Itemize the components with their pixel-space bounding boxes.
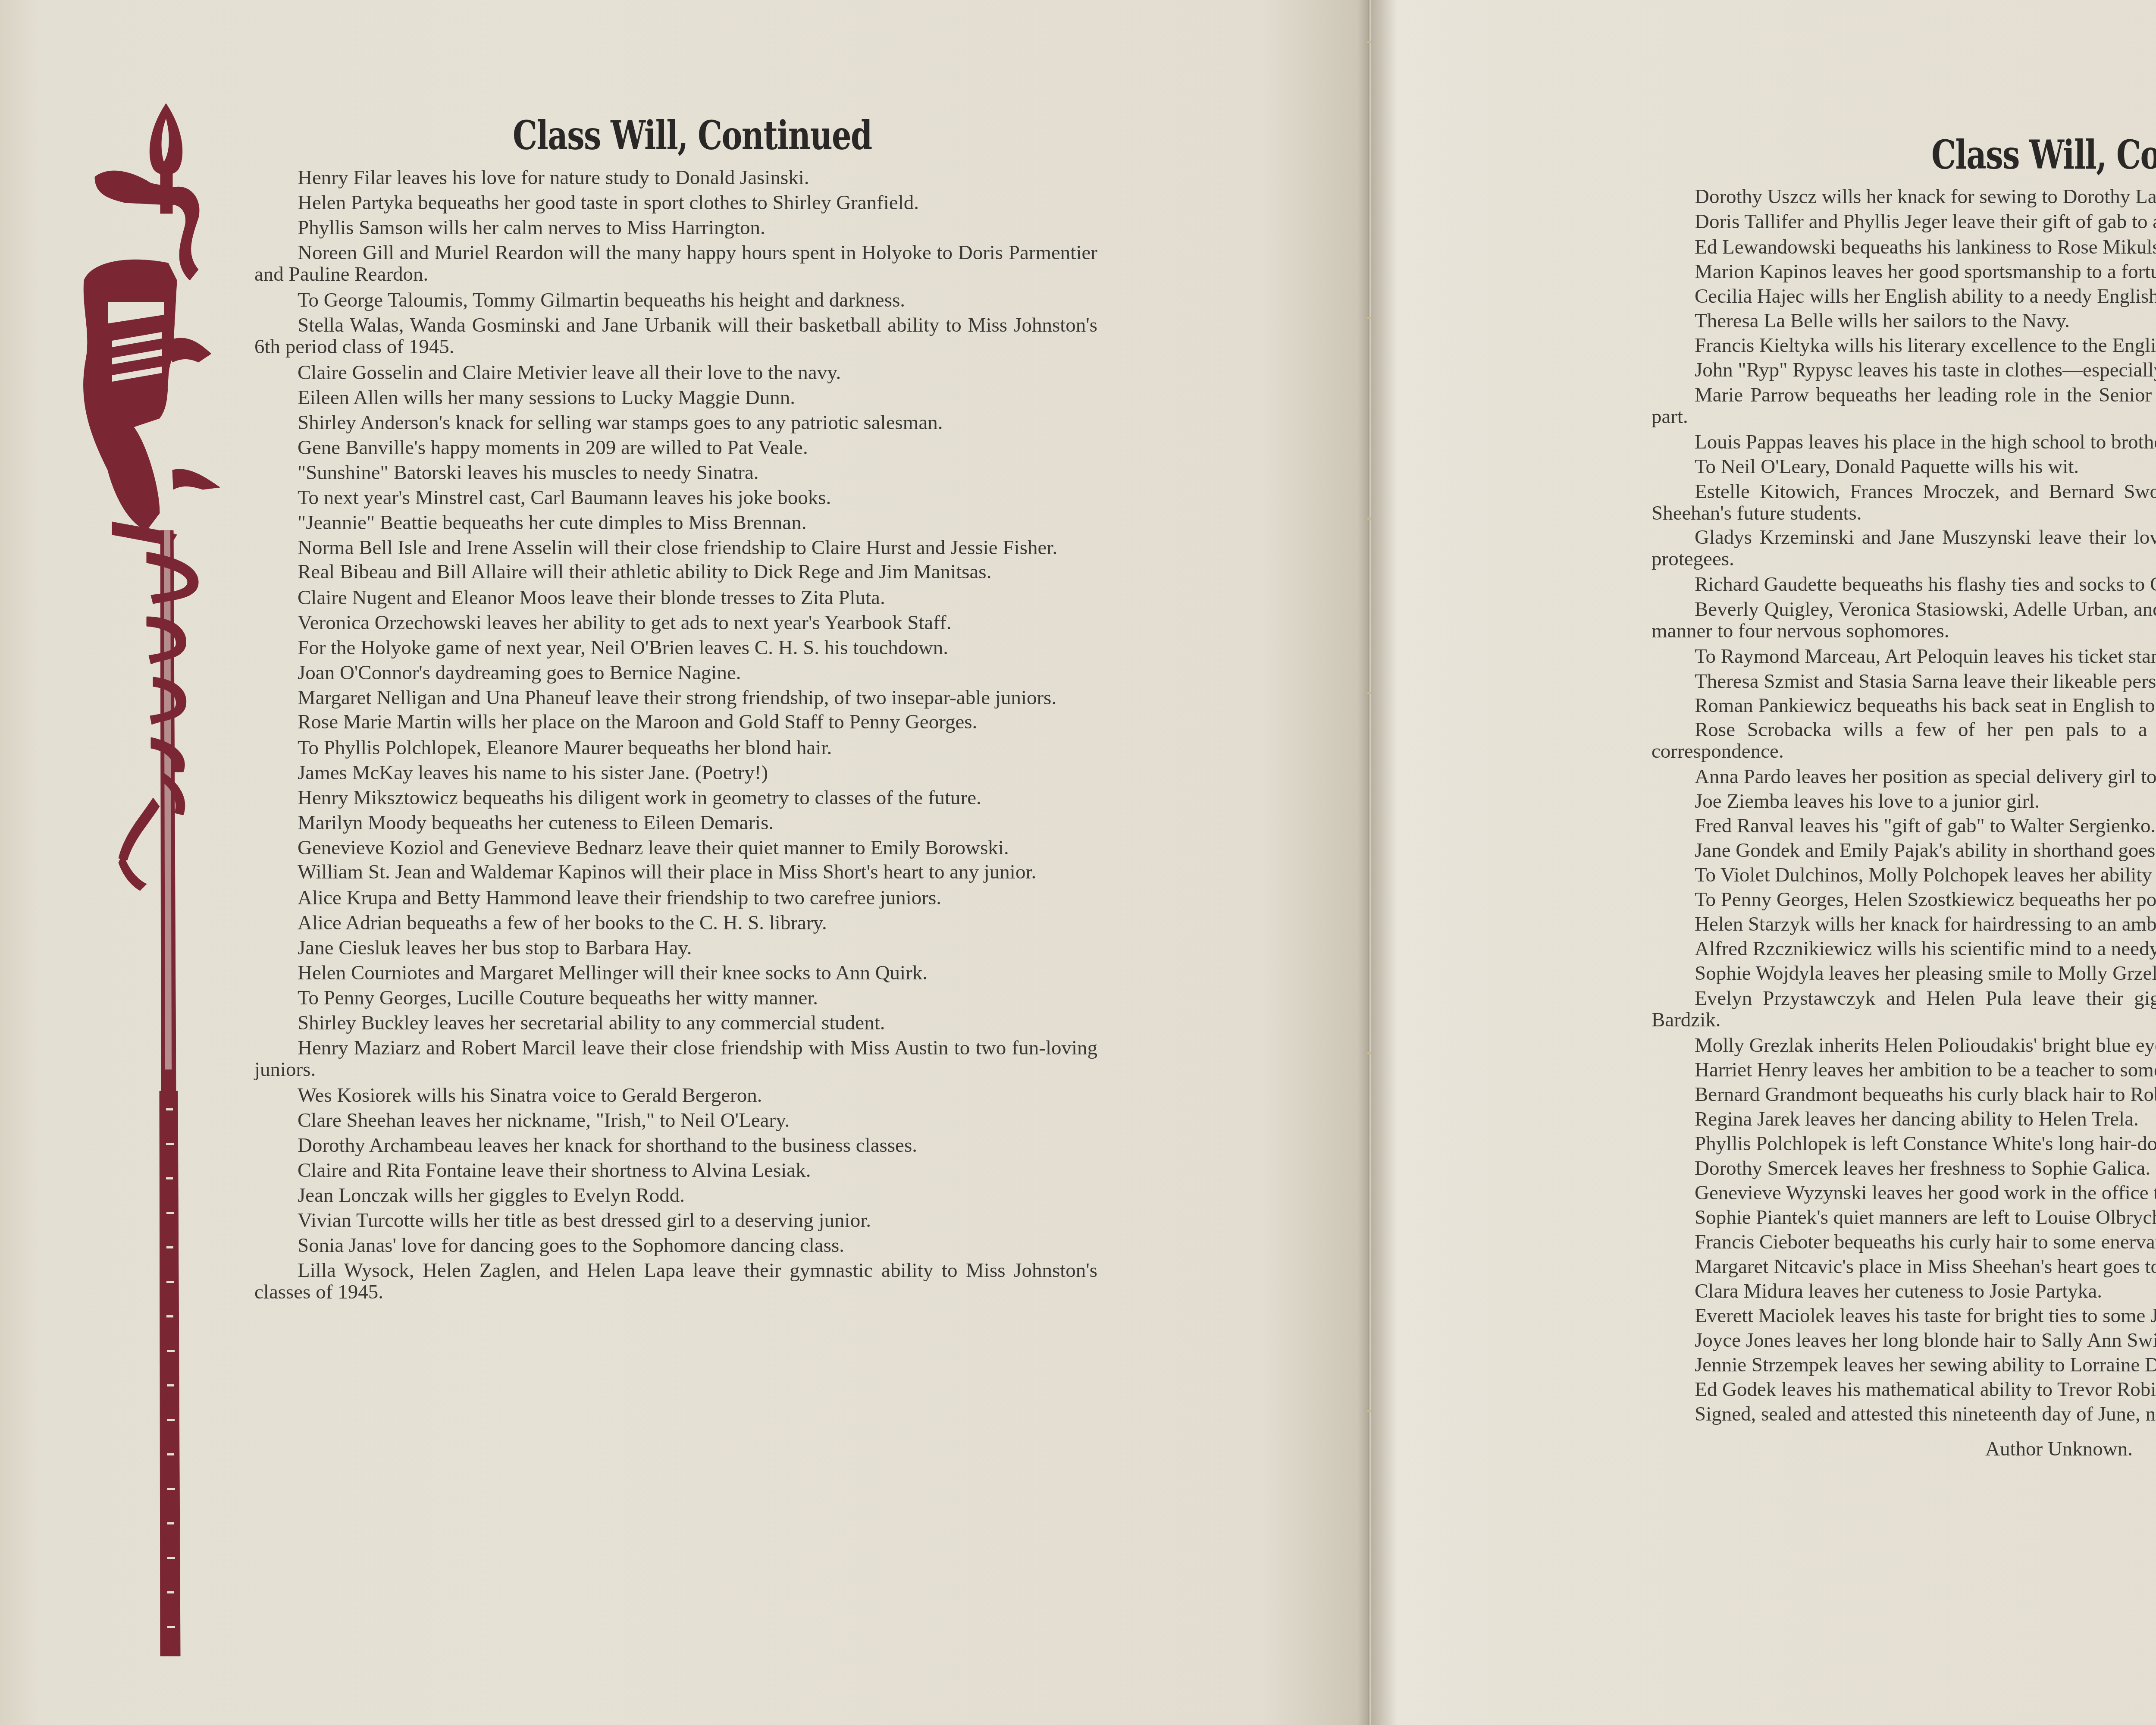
page-title-left: Class Will, Continued bbox=[513, 112, 815, 159]
will-entry: Rose Marie Martin wills her place on the… bbox=[254, 711, 1097, 733]
will-entry: Jane Gondek and Emily Pajak's ability in… bbox=[1651, 838, 2156, 863]
will-entry: Veronica Orzechowski leaves her ability … bbox=[254, 610, 1097, 635]
will-entry: Everett Maciolek leaves his taste for br… bbox=[1651, 1304, 2156, 1328]
will-entry: Anna Pardo leaves her position as specia… bbox=[1651, 765, 2156, 789]
will-entry: Marion Kapinos leaves her good sportsman… bbox=[1651, 260, 2156, 284]
will-entry: For the Holyoke game of next year, Neil … bbox=[254, 635, 1097, 660]
will-entry: "Jeannie" Beattie bequeaths her cute dim… bbox=[254, 510, 1097, 535]
will-entry: Clare Sheehan leaves her nickname, "Iris… bbox=[254, 1108, 1097, 1133]
will-entry: Harriet Henry leaves her ambition to be … bbox=[1651, 1058, 2156, 1082]
page-title-right: Class Will, Continued bbox=[1931, 132, 2156, 178]
will-entry: Stella Walas, Wanda Gosminski and Jane U… bbox=[254, 314, 1097, 358]
will-entry: Marilyn Moody bequeaths her cuteness to … bbox=[254, 810, 1097, 835]
will-entry: Jane Ciesluk leaves her bus stop to Barb… bbox=[254, 935, 1097, 960]
will-entry: Sonia Janas' love for dancing goes to th… bbox=[254, 1233, 1097, 1258]
will-entry: Eileen Allen wills her many sessions to … bbox=[254, 385, 1097, 410]
will-entry: Phyllis Polchlopek is left Constance Whi… bbox=[1651, 1132, 2156, 1156]
will-entry: Helen Partyka bequeaths her good taste i… bbox=[254, 190, 1097, 215]
will-entry: Phyllis Samson wills her calm nerves to … bbox=[254, 215, 1097, 240]
will-entry: Cecilia Hajec wills her English ability … bbox=[1651, 284, 2156, 309]
will-entry: Clara Midura leaves her cuteness to Josi… bbox=[1651, 1279, 2156, 1304]
will-entry: Rose Scrobacka wills a few of her pen pa… bbox=[1651, 719, 2156, 762]
will-entry: Alice Adrian bequeaths a few of her book… bbox=[254, 910, 1097, 935]
will-entry: Dorothy Uszcz wills her knack for sewing… bbox=[1651, 185, 2156, 209]
will-entry: To Phyllis Polchlopek, Eleanore Maurer b… bbox=[254, 735, 1097, 760]
will-entry: Joe Ziemba leaves his love to a junior g… bbox=[1651, 789, 2156, 814]
will-entry: Joan O'Connor's daydreaming goes to Bern… bbox=[254, 660, 1097, 685]
will-entry: Marie Parrow bequeaths her leading role … bbox=[1651, 384, 2156, 427]
will-entry: Beverly Quigley, Veronica Stasiowski, Ad… bbox=[1651, 599, 2156, 642]
will-entry: Gladys Krzeminski and Jane Muszynski lea… bbox=[1651, 527, 2156, 570]
will-entry: Real Bibeau and Bill Allaire will their … bbox=[254, 561, 1097, 583]
will-entry: Theresa La Belle wills her sailors to th… bbox=[1651, 309, 2156, 333]
will-entry: Claire and Rita Fontaine leave their sho… bbox=[254, 1158, 1097, 1183]
will-entry: Wes Kosiorek wills his Sinatra voice to … bbox=[254, 1083, 1097, 1108]
will-entry: James McKay leaves his name to his siste… bbox=[254, 760, 1097, 785]
will-entry: Ed Lewandowski bequeaths his lankiness t… bbox=[1651, 235, 2156, 260]
will-entry: Roman Pankiewicz bequeaths his back seat… bbox=[1651, 695, 2156, 716]
will-entry: William St. Jean and Waldemar Kapinos wi… bbox=[254, 861, 1097, 883]
will-entry: Dorothy Smercek leaves her freshness to … bbox=[1651, 1156, 2156, 1181]
class-will-entries-right: Dorothy Uszcz wills her knack for sewing… bbox=[1651, 185, 2156, 1482]
will-entry: Francis Kieltyka wills his literary exce… bbox=[1651, 333, 2156, 358]
will-entry: To George Taloumis, Tommy Gilmartin bequ… bbox=[254, 288, 1097, 313]
will-entry: Henry Maziarz and Robert Marcil leave th… bbox=[254, 1037, 1097, 1080]
will-entry: To Penny Georges, Lucille Couture bequea… bbox=[254, 985, 1097, 1010]
will-entry: Helen Courniotes and Margaret Mellinger … bbox=[254, 960, 1097, 985]
will-entry: To next year's Minstrel cast, Carl Bauma… bbox=[254, 485, 1097, 510]
will-entry: Lilla Wysock, Helen Zaglen, and Helen La… bbox=[254, 1260, 1097, 1303]
will-entry: Louis Pappas leaves his place in the hig… bbox=[1651, 430, 2156, 455]
will-entry: Sophie Piantek's quiet manners are left … bbox=[1651, 1205, 2156, 1230]
will-entry: To Violet Dulchinos, Molly Polchopek lea… bbox=[1651, 863, 2156, 888]
will-entry: Gene Banville's happy moments in 209 are… bbox=[254, 435, 1097, 460]
will-entry: Genevieve Wyzynski leaves her good work … bbox=[1651, 1181, 2156, 1205]
will-entry: Evelyn Przystawczyk and Helen Pula leave… bbox=[1651, 988, 2156, 1031]
author-signature: Author Unknown. bbox=[1651, 1437, 2156, 1462]
will-entry: Norma Bell Isle and Irene Asselin will t… bbox=[254, 537, 1097, 558]
will-entry: Francis Cieboter bequeaths his curly hai… bbox=[1651, 1230, 2156, 1255]
will-entry: Richard Gaudette bequeaths his flashy ti… bbox=[1651, 572, 2156, 597]
class-will-entries-left: Henry Filar leaves his love for nature s… bbox=[254, 165, 1097, 1305]
will-entry: To Raymond Marceau, Art Peloquin leaves … bbox=[1651, 644, 2156, 669]
will-entry: Henry Miksztowicz bequeaths his diligent… bbox=[254, 785, 1097, 810]
will-entry: To Penny Georges, Helen Szostkiewicz beq… bbox=[1651, 888, 2156, 912]
will-entry: Alfred Rzcznikiewicz wills his scientifi… bbox=[1651, 937, 2156, 961]
will-entry: Jennie Strzempek leaves her sewing abili… bbox=[1651, 1353, 2156, 1377]
right-page: Class Will, Continued Dorothy Uszcz will… bbox=[1371, 0, 2156, 1725]
will-entry: Jean Lonczak wills her giggles to Evelyn… bbox=[254, 1183, 1097, 1208]
will-entry: Noreen Gill and Muriel Reardon will the … bbox=[254, 242, 1097, 285]
will-entry: Margaret Nelligan and Una Phaneuf leave … bbox=[254, 687, 1097, 709]
will-entry: Theresa Szmist and Stasia Sarna leave th… bbox=[1651, 671, 2156, 692]
will-entry: John "Ryp" Rypysc leaves his taste in cl… bbox=[1651, 358, 2156, 383]
will-entry: Helen Starzyk wills her knack for hairdr… bbox=[1651, 912, 2156, 937]
will-entry: Shirley Anderson's knack for selling war… bbox=[254, 410, 1097, 435]
will-entry: Fred Ranval leaves his "gift of gab" to … bbox=[1651, 814, 2156, 838]
will-entry: Alice Krupa and Betty Hammond leave thei… bbox=[254, 885, 1097, 910]
will-entry: Doris Tallifer and Phyllis Jeger leave t… bbox=[1651, 211, 2156, 232]
will-entry: Dorothy Archambeau leaves her knack for … bbox=[254, 1133, 1097, 1158]
will-entry: Henry Filar leaves his love for nature s… bbox=[254, 165, 1097, 190]
will-entry: Molly Grezlak inherits Helen Polioudakis… bbox=[1651, 1033, 2156, 1058]
will-entry: Claire Gosselin and Claire Metivier leav… bbox=[254, 360, 1097, 385]
will-entry: Estelle Kitowich, Frances Mroczek, and B… bbox=[1651, 481, 2156, 524]
will-entry: Bernard Grandmont bequeaths his curly bl… bbox=[1651, 1082, 2156, 1107]
will-entry: Ed Godek leaves his mathematical ability… bbox=[1651, 1377, 2156, 1402]
will-entry: Vivian Turcotte wills her title as best … bbox=[254, 1208, 1097, 1233]
will-entry: "Sunshine" Batorski leaves his muscles t… bbox=[254, 460, 1097, 485]
will-entry: Sophie Wojdyla leaves her pleasing smile… bbox=[1651, 961, 2156, 986]
will-entry: Claire Nugent and Eleanor Moos leave the… bbox=[254, 585, 1097, 610]
will-entry: Joyce Jones leaves her long blonde hair … bbox=[1651, 1328, 2156, 1353]
will-entry: Signed, sealed and attested this ninetee… bbox=[1651, 1402, 2156, 1427]
spear-banner-illustration-left bbox=[60, 99, 233, 1660]
will-entry: Genevieve Koziol and Genevieve Bednarz l… bbox=[254, 837, 1097, 859]
will-entry: Margaret Nitcavic's place in Miss Sheeha… bbox=[1651, 1255, 2156, 1279]
left-page: Class Will, Continued Henry Filar leaves… bbox=[0, 0, 1371, 1725]
will-entry: Regina Jarek leaves her dancing ability … bbox=[1651, 1107, 2156, 1132]
will-entry: To Neil O'Leary, Donald Paquette wills h… bbox=[1651, 455, 2156, 479]
will-entry: Shirley Buckley leaves her secretarial a… bbox=[254, 1010, 1097, 1035]
